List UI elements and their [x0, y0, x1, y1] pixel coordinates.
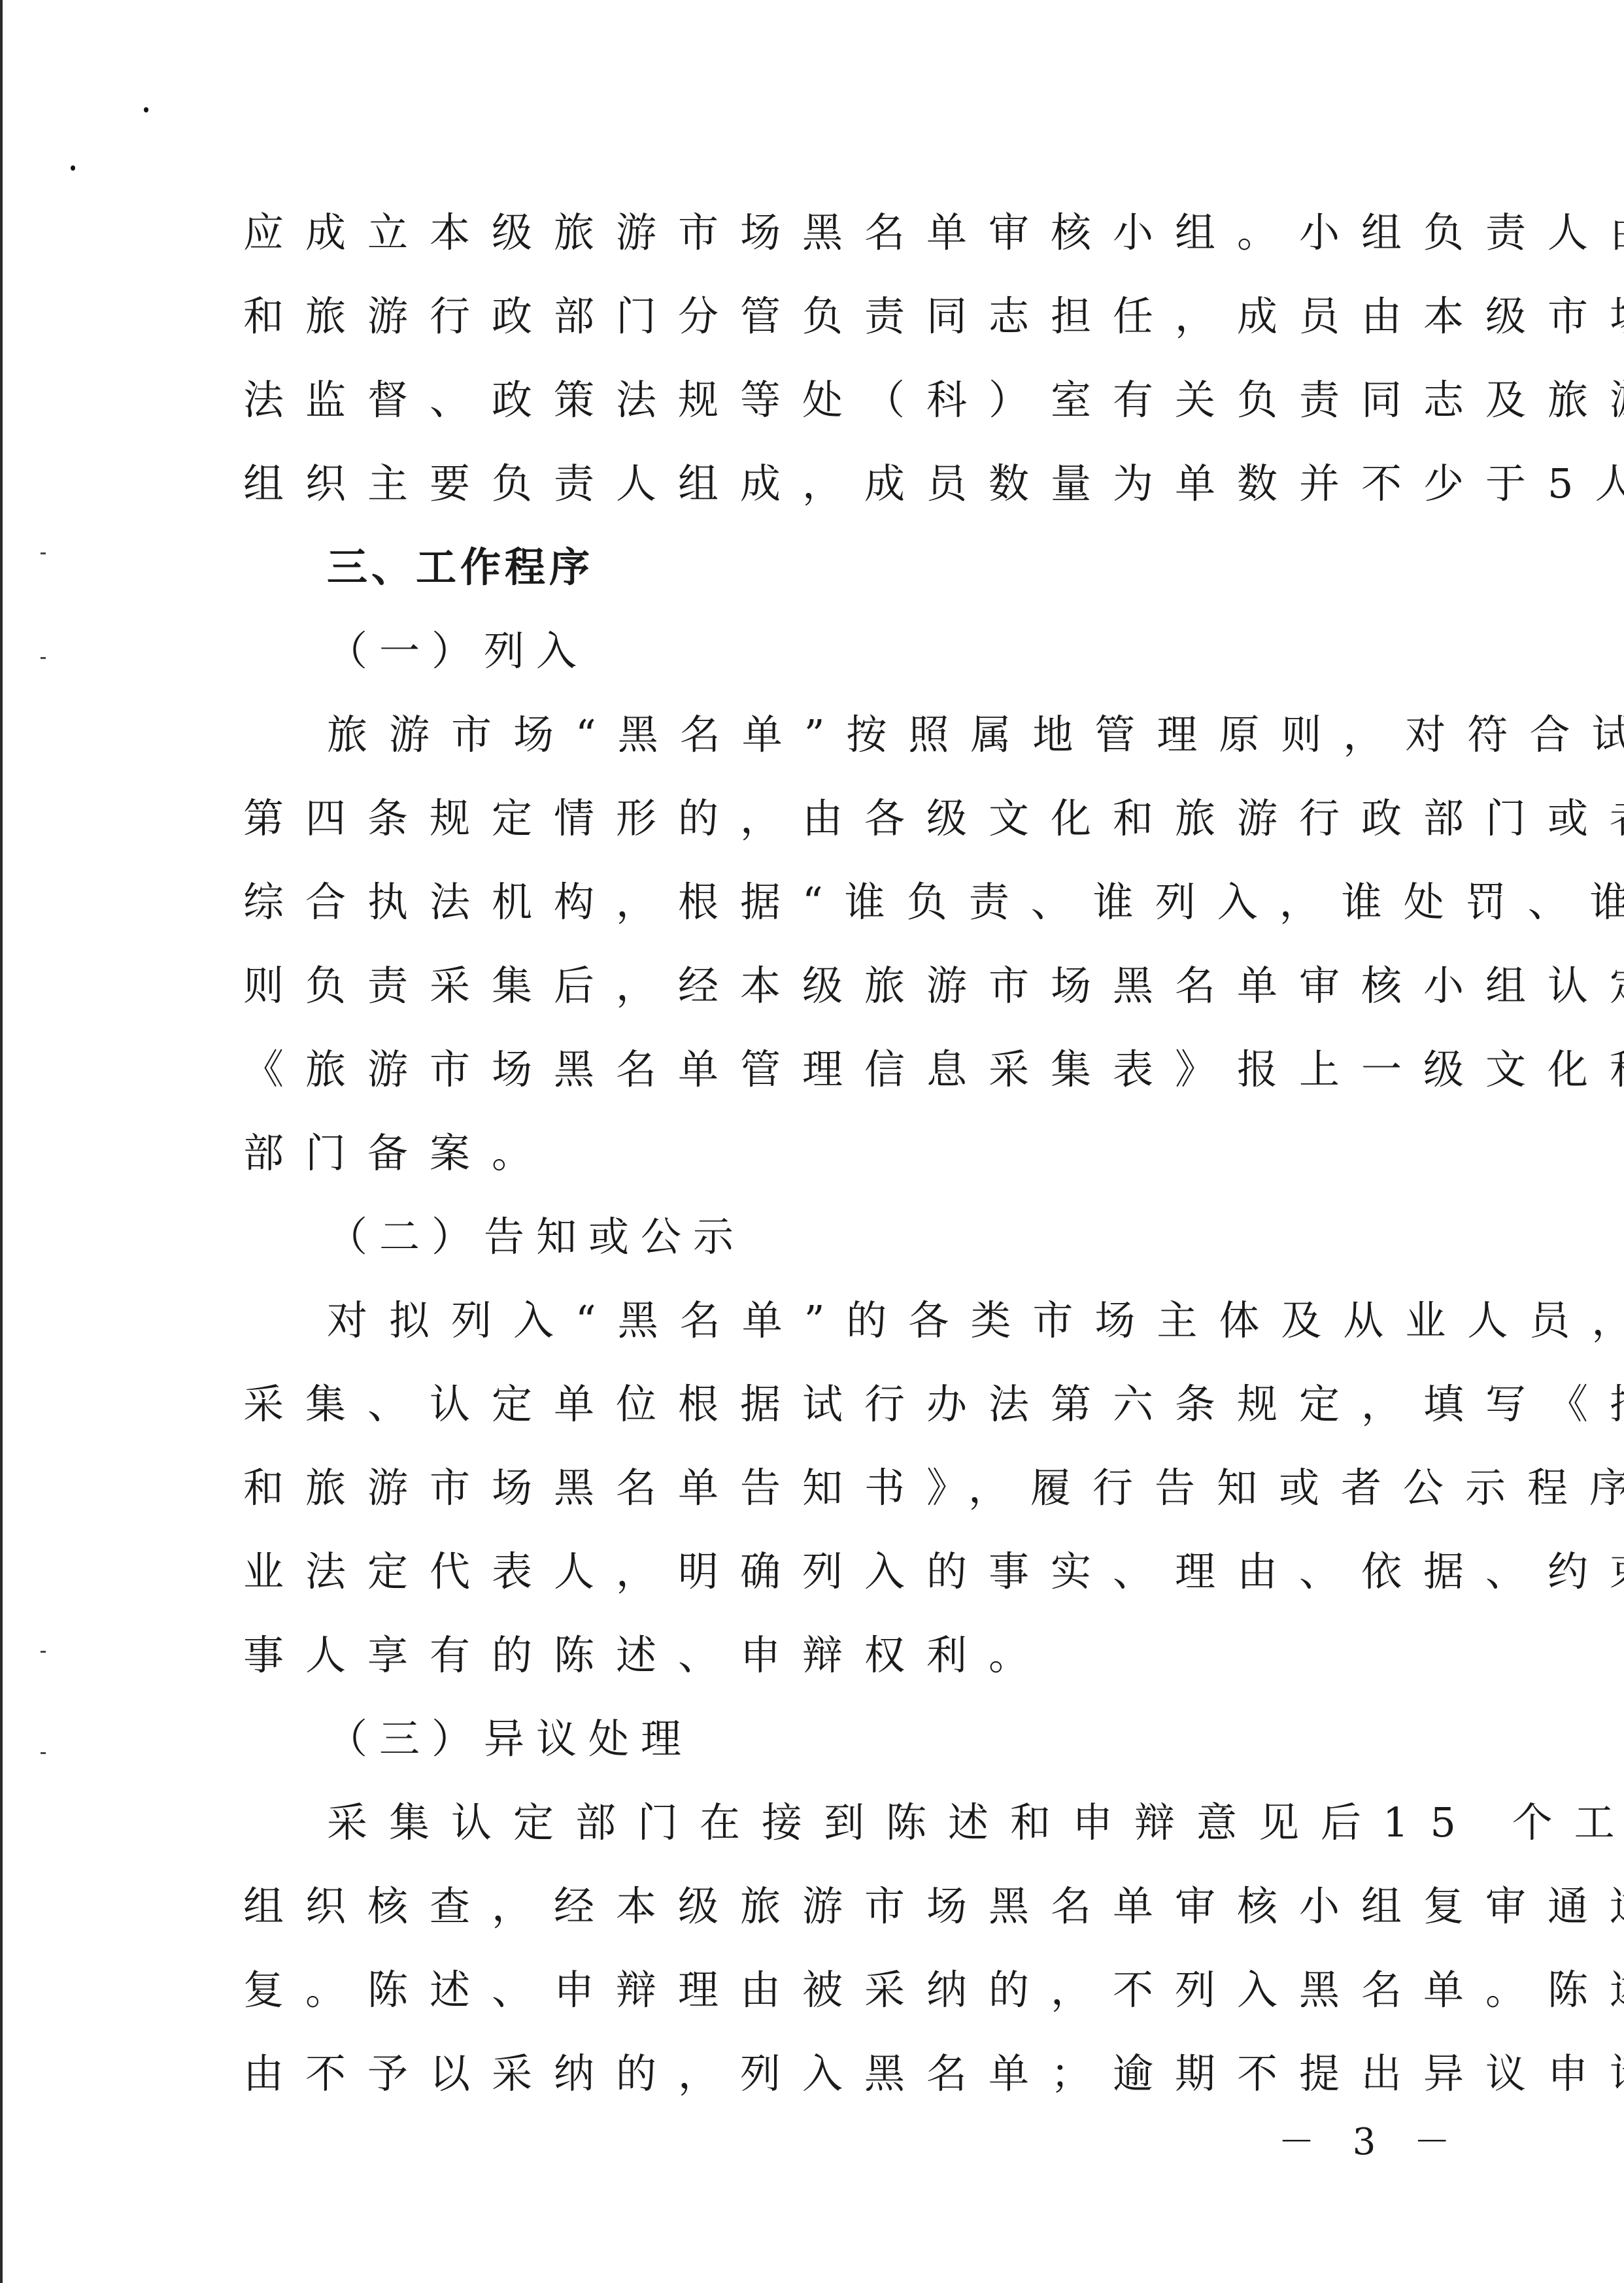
text-line: 和旅游行政部门分管负责同志担任，成员由本级市场管理、执 — [243, 275, 1374, 358]
subsection-title: （一）列入 — [243, 609, 1374, 693]
scan-page-edge — [0, 0, 3, 2283]
scan-edge-mark — [41, 552, 46, 554]
text-line: 《旅游市场黑名单管理信息采集表》报上一级文化和旅游行政 — [243, 1028, 1374, 1111]
text-line: 业法定代表人，明确列入的事实、理由、依据、约束措施和当 — [243, 1530, 1374, 1614]
text-line: 第四条规定情形的，由各级文化和旅游行政部门或者文化市场 — [243, 777, 1374, 860]
scan-edge-mark — [41, 1752, 46, 1754]
text-line: 对拟列入“黑名单”的各类市场主体及从业人员，由信息 — [243, 1279, 1374, 1362]
text-line: 应成立本级旅游市场黑名单审核小组。小组负责人由本级文化 — [243, 191, 1374, 275]
text-line: 事人享有的陈述、申辩权利。 — [243, 1614, 1374, 1697]
text-line: 组织主要负责人组成，成员数量为单数并不少于5人。 — [243, 442, 1374, 526]
text-line: 和旅游市场黑名单告知书》，履行告知或者公示程序，告知企 — [243, 1446, 1374, 1530]
text-line: 由不予以采纳的，列入黑名单；逾期不提出异议申请的，视为 — [243, 2032, 1374, 2116]
page-number: － 3 － — [1278, 2113, 1463, 2165]
scan-edge-mark — [41, 657, 46, 659]
scan-edge-mark — [41, 1651, 46, 1653]
text-line: 组织核查，经本级旅游市场黑名单审核小组复审通过后给予答 — [243, 1865, 1374, 1948]
scan-speck — [71, 165, 75, 171]
paragraph-review-group: 应成立本级旅游市场黑名单审核小组。小组负责人由本级文化 和旅游行政部门分管负责同… — [243, 191, 1374, 526]
text-line: 采集、认定单位根据试行办法第六条规定，填写《拟列入文化 — [243, 1362, 1374, 1446]
section-heading: 三、工作程序 — [243, 526, 1374, 609]
document-body: 应成立本级旅游市场黑名单审核小组。小组负责人由本级文化 和旅游行政部门分管负责同… — [243, 191, 1374, 2116]
text-line: 复。陈述、申辩理由被采纳的，不列入黑名单。陈述、申辩理 — [243, 1948, 1374, 2032]
subsection-objection: （三）异议处理 采集认定部门在接到陈述和申辩意见后15 个工作日内 组织核查，经… — [243, 1697, 1374, 2116]
text-line: 旅游市场“黑名单”按照属地管理原则，对符合试行办法 — [243, 693, 1374, 777]
subsection-notification: （二）告知或公示 对拟列入“黑名单”的各类市场主体及从业人员，由信息 采集、认定… — [243, 1195, 1374, 1697]
text-line: 部门备案。 — [243, 1111, 1374, 1195]
text-line: 采集认定部门在接到陈述和申辩意见后15 个工作日内 — [243, 1781, 1374, 1865]
text-line: 法监督、政策法规等处（科）室有关负责同志及旅游行业社会 — [243, 358, 1374, 442]
text-line: 则负责采集后，经本级旅游市场黑名单审核小组认定，并填写 — [243, 944, 1374, 1028]
subsection-listing: （一）列入 旅游市场“黑名单”按照属地管理原则，对符合试行办法 第四条规定情形的… — [243, 609, 1374, 1195]
scan-speck — [144, 107, 148, 112]
subsection-title: （三）异议处理 — [243, 1697, 1374, 1781]
text-line: 综合执法机构，根据“谁负责、谁列入，谁处罚、谁列入”原 — [243, 860, 1374, 944]
subsection-title: （二）告知或公示 — [243, 1195, 1374, 1279]
